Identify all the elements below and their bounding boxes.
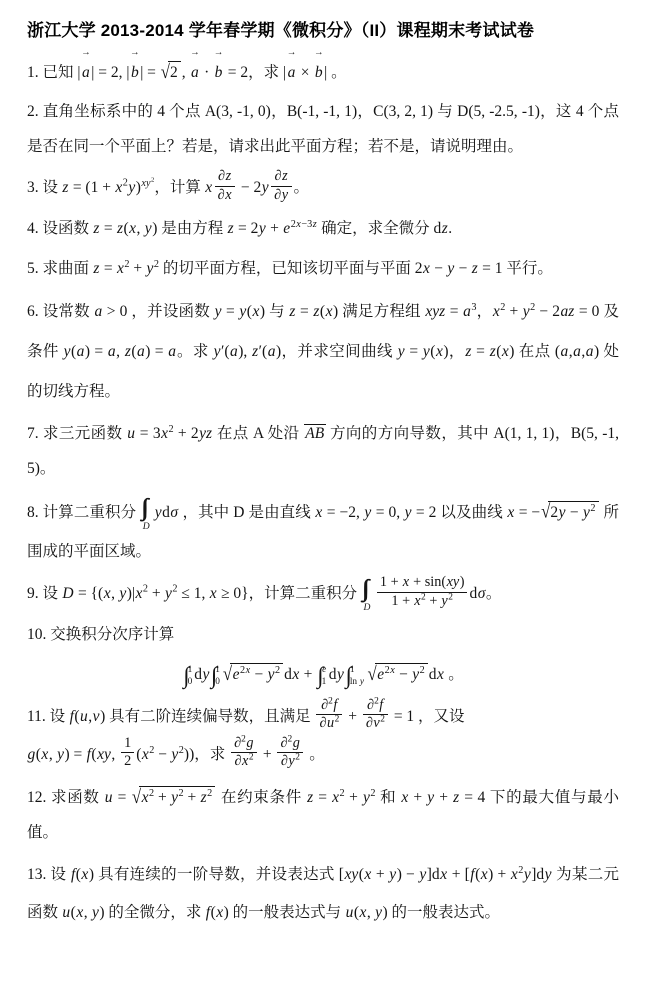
math-var: y bbox=[359, 677, 364, 687]
superscript: 2 bbox=[380, 715, 385, 725]
fnum: ∂2f bbox=[363, 697, 388, 716]
math-var: x bbox=[315, 504, 323, 521]
math-var: y bbox=[202, 666, 210, 683]
math-var: u bbox=[80, 708, 89, 725]
int-lo: 0 bbox=[188, 676, 193, 688]
superscript: 2 bbox=[370, 788, 375, 799]
superscript: 2 bbox=[530, 301, 535, 312]
fnum: 1 + x + sin(xy) bbox=[377, 574, 468, 593]
fden: ∂y bbox=[271, 187, 291, 205]
math-var: x bbox=[501, 343, 509, 360]
math-var: a bbox=[107, 343, 116, 360]
math-var: y bbox=[171, 746, 179, 763]
superscript: 2 bbox=[149, 744, 154, 755]
radical-icon: √ bbox=[161, 50, 170, 93]
math-var: b bbox=[130, 64, 139, 81]
int-lo: 0 bbox=[215, 676, 220, 688]
math-var: yz bbox=[199, 425, 213, 442]
math-var: g bbox=[27, 746, 36, 763]
math-var: x bbox=[292, 666, 300, 683]
vinc: x2 + y2 + z2 bbox=[139, 786, 215, 809]
math-var: y bbox=[128, 179, 136, 196]
math-var: x bbox=[205, 179, 213, 196]
superscript: 2 bbox=[275, 665, 280, 676]
math-var: x bbox=[422, 260, 430, 277]
frac: ∂z∂y bbox=[271, 168, 291, 205]
math-var: a bbox=[573, 343, 582, 360]
math-var: y bbox=[522, 303, 530, 320]
math-var: g bbox=[292, 735, 300, 751]
vec: →a bbox=[190, 56, 199, 91]
math-var: y bbox=[154, 504, 162, 521]
math-var: a bbox=[560, 343, 569, 360]
radical-icon: √ bbox=[541, 489, 550, 536]
sqrt: √x2 + y2 + z2 bbox=[132, 778, 215, 816]
int-lims: e1 bbox=[322, 664, 327, 688]
math-var: x bbox=[245, 665, 251, 676]
superscript: 2 bbox=[500, 301, 505, 312]
problem-1: 1. 已知 |→a| = 2, |→b| = √2, →a · →b = 2，求… bbox=[27, 53, 619, 91]
fden: ∂x2 bbox=[231, 753, 257, 771]
int-lims: 1ln y bbox=[350, 664, 365, 688]
double-integral-icon: ∫∫ bbox=[363, 577, 371, 602]
math-var: y bbox=[144, 220, 152, 237]
math-var: x bbox=[401, 789, 409, 806]
sqrt: √2y − y2 bbox=[541, 492, 598, 533]
math-var: az bbox=[560, 303, 575, 320]
math-var: x bbox=[364, 866, 372, 883]
iint-lim: D bbox=[142, 522, 150, 532]
problem-11: 11. 设 f(u,v) 具有二阶连续偏导数，且满足 ∂2f∂u2 + ∂2f∂… bbox=[27, 698, 619, 774]
math-var: z bbox=[307, 789, 314, 806]
math-var: y bbox=[397, 343, 405, 360]
math-var: y bbox=[558, 504, 566, 521]
vec: →b bbox=[214, 56, 223, 91]
fden: 2 bbox=[121, 753, 134, 771]
int-hi: e bbox=[322, 664, 327, 676]
math-var: z bbox=[62, 179, 69, 196]
radical-icon: √ bbox=[132, 776, 141, 819]
math-var: xyz bbox=[425, 303, 446, 320]
math-var: y bbox=[213, 343, 221, 360]
math-var: x bbox=[325, 303, 333, 320]
math-var: z bbox=[453, 789, 460, 806]
math-var: y bbox=[214, 303, 222, 320]
math-var: z bbox=[471, 260, 478, 277]
problem-8: 8. 计算二重积分 ∫∫Dydσ ，其中 D 是由直线 x = −2, y = … bbox=[27, 492, 619, 571]
problem-13: 13. 设 f(x) 具有连续的一阶导数，并设表达式 [xy(x + y) − … bbox=[27, 856, 619, 932]
math-var: f bbox=[205, 904, 210, 921]
math-var: a bbox=[137, 343, 146, 360]
math-var: x bbox=[216, 904, 224, 921]
math-var: y bbox=[419, 866, 427, 883]
math-var: σ bbox=[170, 504, 179, 521]
math-var: y bbox=[389, 866, 397, 883]
fden: ∂u2 bbox=[316, 715, 342, 733]
vector-arrow-icon: → bbox=[190, 48, 200, 58]
math-var: z bbox=[124, 343, 131, 360]
math-var: y bbox=[91, 904, 99, 921]
frac: 1 + x + sin(xy)1 + x2 + y2 bbox=[377, 574, 468, 611]
vec: →a bbox=[287, 56, 296, 91]
iint: ∫∫D bbox=[142, 496, 150, 532]
radical-icon: √ bbox=[368, 652, 377, 695]
int-hi: 1 bbox=[215, 664, 220, 676]
superscript: xy2 bbox=[141, 178, 154, 189]
int-lims: 10 bbox=[215, 664, 220, 688]
frac: ∂2f∂u2 bbox=[316, 697, 342, 734]
int-lo: 1 bbox=[322, 676, 327, 688]
math-var: y bbox=[544, 866, 552, 883]
math-var: x bbox=[390, 665, 396, 676]
math-var: x bbox=[480, 866, 488, 883]
superscript: 2 bbox=[172, 584, 177, 595]
exam-page: 浙江大学 2013-2014 学年春学期《微积分》（II）课程期末考试试卷 1.… bbox=[0, 0, 645, 987]
math-var: f bbox=[333, 697, 338, 713]
math-var: y bbox=[364, 504, 372, 521]
math-var: z bbox=[252, 343, 259, 360]
frac: 12 bbox=[121, 735, 134, 772]
overline: AB bbox=[304, 424, 326, 443]
math-var: z bbox=[289, 303, 296, 320]
vec: →b bbox=[130, 56, 139, 91]
superscript: 2 bbox=[151, 176, 154, 183]
math-var: x bbox=[41, 746, 49, 763]
exam-title: 浙江大学 2013-2014 学年春学期《微积分》（II）课程期末考试试卷 bbox=[27, 18, 619, 44]
iint-lim: D bbox=[363, 603, 371, 613]
math-var: a bbox=[94, 303, 103, 320]
sqrt: √e2x − y2 bbox=[223, 655, 283, 693]
math-var: u bbox=[345, 904, 354, 921]
vector-arrow-icon: → bbox=[314, 48, 324, 58]
math-var: a bbox=[230, 343, 239, 360]
math-var: y bbox=[171, 789, 179, 806]
math-var: u bbox=[127, 425, 136, 442]
math-var: AB bbox=[305, 425, 325, 442]
vinc: 2y − y2 bbox=[548, 501, 598, 524]
math-var: a bbox=[81, 64, 90, 81]
superscript: 3 bbox=[471, 301, 476, 312]
math-var: y bbox=[258, 220, 266, 237]
math-var: x bbox=[141, 789, 149, 806]
math-var: y bbox=[523, 866, 531, 883]
math-var: z bbox=[312, 219, 317, 230]
math-var: xy bbox=[141, 178, 151, 189]
int-hi: 1 bbox=[188, 664, 193, 676]
superscript: 2 bbox=[207, 788, 212, 799]
math-var: x bbox=[209, 585, 217, 602]
vector-arrow-icon: → bbox=[214, 48, 224, 58]
superscript: 2 bbox=[179, 788, 184, 799]
math-var: y bbox=[57, 746, 65, 763]
vector-arrow-icon: → bbox=[287, 48, 297, 58]
math-var: x bbox=[81, 866, 89, 883]
math-var: z bbox=[489, 343, 496, 360]
int-lo: ln y bbox=[350, 676, 365, 688]
math-var: x bbox=[252, 303, 260, 320]
problem-6: 6. 设常数 a > 0 ，并设函数 y = y(x) 与 z = z(x) 满… bbox=[27, 292, 619, 413]
math-var: y bbox=[427, 789, 435, 806]
math-var: f bbox=[379, 697, 384, 713]
fnum: ∂z bbox=[271, 168, 291, 187]
superscript: 2 bbox=[168, 424, 173, 435]
math-var: a bbox=[287, 64, 296, 81]
problem-10-formula: ∫10dy∫10√e2x − y2dx + ∫e1dy∫1ln y√e2x − … bbox=[27, 655, 619, 693]
math-var: x bbox=[225, 187, 232, 203]
superscript: 2 bbox=[179, 744, 184, 755]
superscript: 2x bbox=[240, 665, 251, 676]
math-var: x bbox=[242, 753, 249, 769]
math-var: y bbox=[337, 666, 345, 683]
math-var: y bbox=[267, 666, 275, 683]
math-var: y bbox=[63, 343, 71, 360]
vec: →a bbox=[81, 56, 90, 91]
math-var: z bbox=[116, 220, 123, 237]
math-var: z bbox=[313, 303, 320, 320]
math-var: z bbox=[282, 168, 289, 184]
math-var: a bbox=[585, 343, 594, 360]
superscript: 2 bbox=[143, 584, 148, 595]
math-var: a bbox=[267, 343, 276, 360]
math-var: x bbox=[76, 904, 84, 921]
math-var: y bbox=[412, 666, 420, 683]
math-var: z bbox=[227, 220, 234, 237]
double-integral-icon: ∫∫ bbox=[142, 496, 150, 521]
math-var: x bbox=[437, 666, 445, 683]
math-var: z bbox=[441, 220, 448, 237]
sqrt: √e2x − y2 bbox=[368, 655, 428, 693]
math-var: u bbox=[62, 904, 71, 921]
fnum: 1 bbox=[121, 735, 134, 754]
vec: →b bbox=[314, 56, 323, 91]
math-var: x bbox=[507, 504, 515, 521]
math-var: x bbox=[402, 574, 409, 590]
problem-7: 7. 求三元函数 u = 3x2 + 2yz 在点 A 处沿 AB 方向的方向导… bbox=[27, 417, 619, 487]
math-var: x bbox=[296, 219, 302, 230]
math-var: u bbox=[327, 715, 335, 731]
int: ∫1ln y bbox=[345, 658, 365, 693]
math-var: a bbox=[190, 64, 199, 81]
frac: ∂2g∂x2 bbox=[231, 735, 257, 772]
problem-5: 5. 求曲面 z = x2 + y2 的切平面方程，已知该切平面与平面 2x −… bbox=[27, 252, 619, 287]
superscript: 2 bbox=[421, 592, 426, 602]
problem-4: 4. 设函数 z = z(x, y) 是由方程 z = 2y + e2x−3z … bbox=[27, 212, 619, 247]
math-var: f bbox=[470, 866, 475, 883]
superscript: 2 bbox=[590, 503, 595, 514]
math-var: x bbox=[129, 220, 137, 237]
math-var: z bbox=[93, 220, 100, 237]
math-var: σ bbox=[477, 585, 486, 602]
math-var: a bbox=[168, 343, 177, 360]
superscript: 2x−3z bbox=[291, 219, 318, 230]
math-var: z bbox=[465, 343, 472, 360]
math-var: e bbox=[283, 220, 291, 237]
vinc: e2x − y2 bbox=[375, 663, 428, 686]
math-var: y bbox=[119, 585, 127, 602]
math-var: D bbox=[363, 602, 371, 613]
superscript: 2 bbox=[149, 788, 154, 799]
math-var: z bbox=[225, 168, 232, 184]
math-var: xy bbox=[446, 574, 460, 590]
vector-arrow-icon: → bbox=[130, 48, 140, 58]
math-var: e bbox=[232, 666, 240, 683]
superscript: 2 bbox=[295, 753, 300, 763]
math-var: b bbox=[314, 64, 323, 81]
fnum: ∂2f bbox=[316, 697, 342, 716]
math-var: y bbox=[239, 303, 247, 320]
frac: ∂2g∂y2 bbox=[277, 735, 303, 772]
math-var: g bbox=[246, 735, 254, 751]
radical-icon: √ bbox=[223, 652, 232, 695]
superscript: 2 bbox=[448, 592, 453, 602]
problem-10-text: 10. 交换积分次序计算 bbox=[27, 618, 619, 653]
problem-10: 10. 交换积分次序计算 ∫10dy∫10√e2x − y2dx + ∫e1dy… bbox=[27, 618, 619, 693]
fden: ∂v2 bbox=[363, 715, 388, 733]
math-var: y bbox=[281, 187, 288, 203]
math-var: a bbox=[76, 343, 85, 360]
vinc: e2x − y2 bbox=[230, 663, 283, 686]
math-var: z bbox=[93, 260, 100, 277]
iint: ∫∫D bbox=[363, 577, 371, 613]
fden: ∂x bbox=[215, 187, 235, 205]
math-var: x bbox=[359, 904, 367, 921]
superscript: 2 bbox=[154, 259, 159, 270]
math-var: D bbox=[142, 521, 150, 532]
math-var: b bbox=[214, 64, 223, 81]
math-var: x bbox=[440, 866, 448, 883]
math-var: y bbox=[422, 343, 430, 360]
math-var: e bbox=[377, 666, 385, 683]
problem-3: 3. 设 z = (1 + x2y)xy2，计算 x∂z∂x − 2y∂z∂y。 bbox=[27, 170, 619, 207]
fden: 1 + x2 + y2 bbox=[377, 593, 468, 611]
math-var: y bbox=[447, 260, 455, 277]
problem-2: 2. 直角坐标系中的 4 个点 A(3, -1, 0)，B(-1, -1, 1)… bbox=[27, 95, 619, 165]
math-var: x bbox=[115, 179, 123, 196]
int: ∫10 bbox=[211, 658, 221, 693]
math-var: y bbox=[261, 179, 269, 196]
math-var: v bbox=[92, 708, 100, 725]
math-var: y bbox=[288, 753, 295, 769]
fnum: ∂z bbox=[215, 168, 235, 187]
math-var: xy bbox=[344, 866, 359, 883]
problem-12: 12. 求函数 u = √x2 + y2 + z2 在约束条件 z = x2 +… bbox=[27, 778, 619, 851]
math-var: D bbox=[62, 585, 74, 602]
superscript: 2 bbox=[339, 788, 344, 799]
math-var: f bbox=[70, 866, 75, 883]
int: ∫10 bbox=[183, 658, 193, 693]
int-hi: 1 bbox=[350, 664, 365, 676]
problem-9: 9. 设 D = {(x, y)|x2 + y2 ≤ 1, x ≥ 0}，计算二… bbox=[27, 576, 619, 613]
vector-arrow-icon: → bbox=[81, 48, 91, 58]
math-var: x bbox=[135, 585, 143, 602]
math-var: xy bbox=[97, 746, 112, 763]
superscript: 2 bbox=[124, 259, 129, 270]
math-var: f bbox=[69, 708, 74, 725]
int: ∫e1 bbox=[317, 658, 328, 693]
fnum: ∂2g bbox=[231, 735, 257, 754]
frac: ∂z∂x bbox=[215, 168, 235, 205]
superscript: 2 bbox=[249, 753, 254, 763]
superscript: 2 bbox=[335, 715, 340, 725]
fnum: ∂2g bbox=[277, 735, 303, 754]
superscript: 2x bbox=[385, 665, 396, 676]
math-var: e bbox=[322, 665, 327, 675]
math-var: u bbox=[104, 789, 113, 806]
superscript: 2 bbox=[420, 665, 425, 676]
math-var: y bbox=[375, 904, 383, 921]
math-var: y bbox=[404, 504, 412, 521]
math-var: f bbox=[86, 746, 91, 763]
fden: ∂y2 bbox=[277, 753, 303, 771]
int-lims: 10 bbox=[188, 664, 193, 688]
math-var: x bbox=[103, 585, 111, 602]
math-var: x bbox=[435, 343, 443, 360]
frac: ∂2f∂v2 bbox=[363, 697, 388, 734]
math-var: y bbox=[146, 260, 154, 277]
sqrt: √2 bbox=[161, 53, 181, 91]
